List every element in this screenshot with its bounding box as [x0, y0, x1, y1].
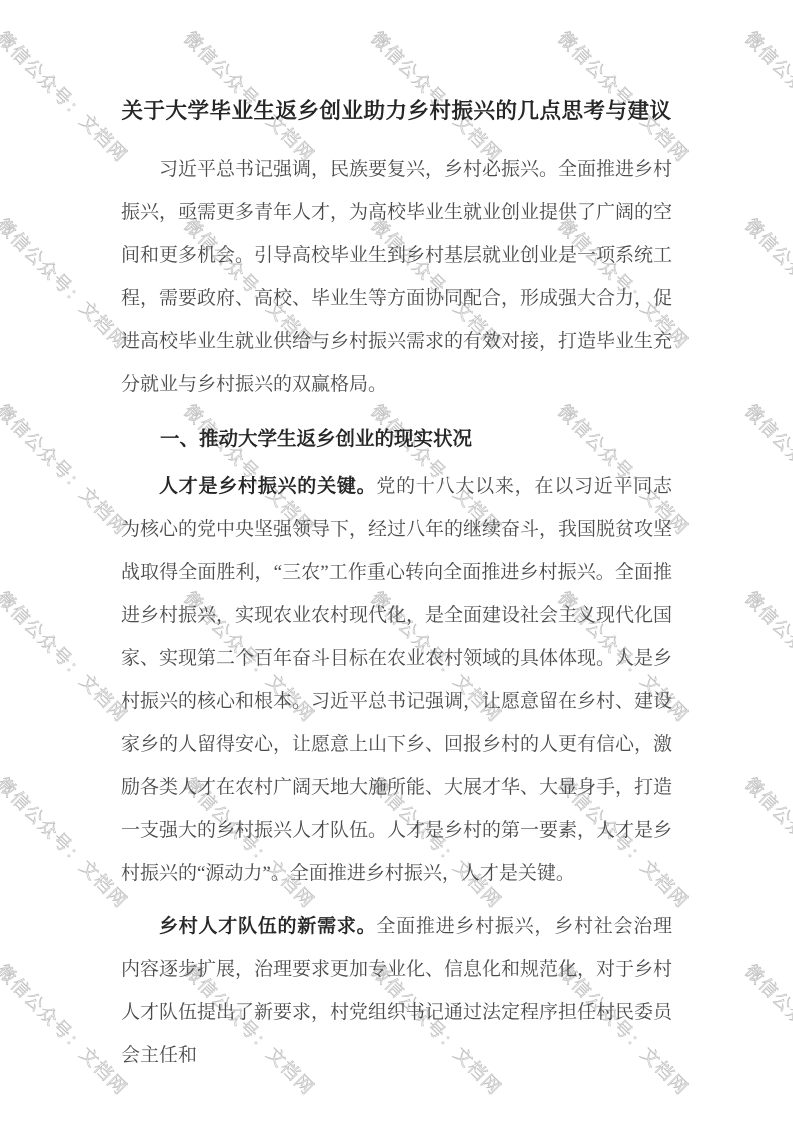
watermark-text: 微信公众号：文档网: [0, 212, 134, 354]
document-page: 微信公众号：文档网微信公众号：文档网微信公众号：文档网微信公众号：文档网微信公众…: [0, 0, 793, 1122]
watermark-text: 微信公众号：文档网: [740, 398, 793, 540]
paragraph: 乡村人才队伍的新需求。全面推进乡村振兴，乡村社会治理内容逐步扩展，治理要求更加专…: [121, 905, 672, 1077]
document-body: 习近平总书记强调，民族要复兴，乡村必振兴。全面推进乡村振兴，亟需更多青年人才，为…: [121, 148, 672, 1077]
paragraph: 习近平总书记强调，民族要复兴，乡村必振兴。全面推进乡村振兴，亟需更多青年人才，为…: [121, 148, 672, 406]
watermark-text: 微信公众号：文档网: [740, 212, 793, 354]
document-title: 关于大学毕业生返乡创业助力乡村振兴的几点思考与建议: [121, 0, 672, 126]
watermark-text: 微信公众号：文档网: [0, 771, 134, 913]
watermark-text: 微信公众号：文档网: [0, 958, 134, 1100]
watermark-text: 微信公众号：文档网: [0, 585, 134, 727]
watermark-text: 微信公众号：文档网: [740, 25, 793, 167]
watermark-text: 微信公众号：文档网: [740, 958, 793, 1100]
paragraph: 人才是乡村振兴的关键。党的十八大以来，在以习近平同志为核心的党中央坚强领导下，经…: [121, 465, 672, 895]
section-heading: 一、推动大学生返乡创业的现实状况: [121, 418, 672, 461]
watermark-text: 微信公众号：文档网: [0, 398, 134, 540]
paragraph-lead-bold: 乡村人才队伍的新需求。: [159, 916, 376, 937]
watermark-text: 微信公众号：文档网: [0, 25, 134, 167]
watermark-text: 微信公众号：文档网: [740, 585, 793, 727]
document-content: 关于大学毕业生返乡创业助力乡村振兴的几点思考与建议 习近平总书记强调，民族要复兴…: [121, 0, 672, 1087]
paragraph-lead-bold: 人才是乡村振兴的关键。: [159, 476, 376, 497]
watermark-text: 微信公众号：文档网: [740, 771, 793, 913]
